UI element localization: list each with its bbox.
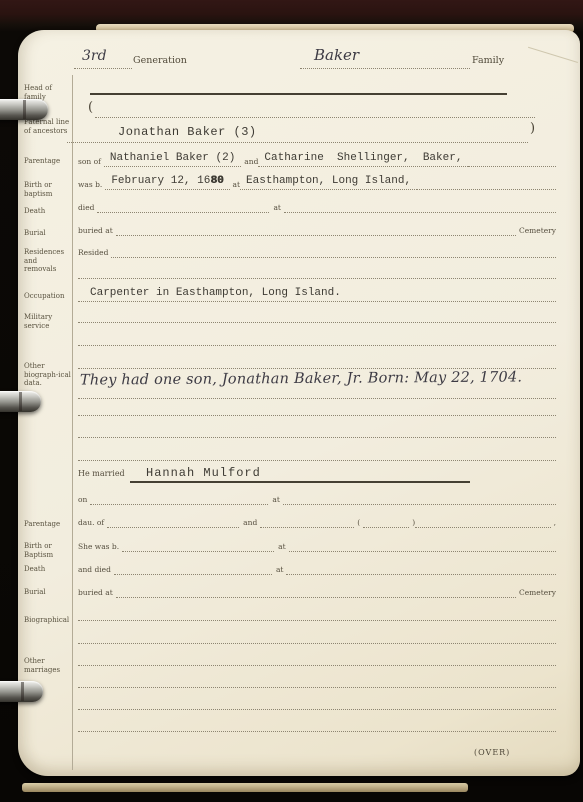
birth-place-entry: Easthampton, Long Island, (240, 175, 417, 190)
blank-line (363, 510, 409, 528)
died-label: died (78, 203, 97, 213)
blank-line (97, 195, 269, 213)
margin-label-residences: Residences and removals (24, 248, 71, 274)
head-of-family-line (90, 93, 507, 95)
blank-line (114, 557, 272, 575)
open-paren: ( (88, 100, 93, 115)
margin-label-parentage: Parentage (24, 157, 71, 166)
he-married-label: He married (78, 469, 125, 478)
binder-ring-bottom (0, 681, 43, 702)
buried-at-label: buried at (78, 226, 116, 236)
blank-line (90, 487, 268, 505)
genealogy-form-page: 3rd Generation Baker Family ( Jonathan B… (18, 30, 580, 776)
wife-parentage-row: dau. of and ( ) , (78, 511, 556, 528)
margin-label-occupation: Occupation (24, 292, 71, 301)
blank-line (111, 240, 556, 258)
at-label: at (272, 565, 287, 575)
close-paren: ) (530, 121, 535, 136)
other-marriages-line-4 (78, 731, 556, 732)
trailing-comma: , (551, 518, 556, 528)
margin-label-parentage-2: Parentage (24, 520, 71, 529)
blank-line (116, 580, 516, 598)
marriage-date-row: on at (78, 488, 556, 505)
at-label: at (230, 180, 241, 190)
birth-row: was b. February 12, 1680 at Easthampton,… (78, 173, 556, 190)
mother-name-entry: Catharine Shellinger, Baker, (258, 152, 468, 167)
residence-blank-line (78, 278, 556, 279)
blank-line (116, 218, 516, 236)
biographical-line-2 (78, 643, 556, 644)
she-was-b-label: She was b. (78, 542, 122, 552)
margin-label-burial: Burial (24, 229, 71, 238)
burial-row: buried at Cemetery (78, 219, 556, 236)
bio-line-3 (78, 415, 556, 416)
bio-line-2 (78, 398, 556, 399)
wife-name-entry: Hannah Mulford (146, 466, 261, 480)
generation-label: Generation (133, 55, 187, 66)
margin-label-birth-or-baptism: Birth or baptism (24, 181, 71, 198)
bio-line-4 (78, 437, 556, 438)
he-married-line (130, 481, 470, 483)
paren-line (95, 117, 535, 118)
family-underline (300, 68, 470, 69)
margin-label-paternal-line: Paternal line of ancestors (24, 118, 71, 135)
generation-value-handwritten: 3rd (82, 48, 107, 64)
page-edge-bottom (22, 783, 468, 792)
other-marriages-line-3 (78, 709, 556, 710)
page-corner-crease (528, 47, 578, 63)
margin-label-other-biographical: Other biograph-ical data. (24, 362, 71, 388)
was-b-label: was b. (78, 180, 105, 190)
military-line-2 (78, 345, 556, 346)
margin-label-other-marriages: Other marriages (24, 657, 71, 674)
son-of-label: son of (78, 157, 104, 167)
head-of-family-name: Jonathan Baker (3) (118, 125, 257, 139)
blank-line (289, 534, 556, 552)
biographical-line-1 (78, 620, 556, 621)
occupation-entry: Carpenter in Easthampton, Long Island. (78, 287, 556, 302)
margin-label-military-service: Military service (24, 313, 71, 330)
occupation-row: Carpenter in Easthampton, Long Island. (78, 285, 556, 302)
blank-line (417, 172, 556, 190)
margin-label-birth-or-baptism-2: Birth or Baptism (24, 542, 71, 559)
other-marriages-line-2 (78, 687, 556, 688)
wife-death-row: and died at (78, 558, 556, 575)
blank-line (286, 557, 556, 575)
margin-label-death-2: Death (24, 565, 71, 574)
buried-at-label: buried at (78, 588, 116, 598)
margin-label-burial-2: Burial (24, 588, 71, 597)
margin-label-biographical: Biographical (24, 616, 71, 625)
overstruck-digits: 80 (210, 175, 223, 187)
blank-line (107, 510, 239, 528)
at-label: at (274, 542, 289, 552)
margin-divider-rule (72, 75, 73, 770)
on-label: on (78, 495, 90, 505)
residence-row: Resided (78, 241, 556, 258)
open-paren: ( (354, 518, 363, 528)
over-label: (OVER) (474, 748, 510, 757)
resided-label: Resided (78, 248, 111, 258)
blank-line (122, 534, 274, 552)
birth-date-entry: February 12, 1680 (105, 175, 229, 190)
blank-line (468, 149, 556, 167)
and-died-label: and died (78, 565, 114, 575)
generation-underline (74, 68, 132, 69)
family-label: Family (472, 55, 504, 66)
name-line (67, 142, 528, 143)
and-label: and (239, 518, 260, 528)
family-value-handwritten: Baker (314, 46, 359, 64)
and-label: and (241, 157, 258, 167)
wife-burial-row: buried at Cemetery (78, 581, 556, 598)
cemetery-label: Cemetery (516, 588, 556, 598)
wife-birth-row: She was b. at (78, 535, 556, 552)
binder-background: 3rd Generation Baker Family ( Jonathan B… (0, 0, 583, 802)
at-label: at (268, 495, 283, 505)
father-name-entry: Nathaniel Baker (2) (104, 152, 241, 167)
margin-label-death: Death (24, 207, 71, 216)
death-row: died at (78, 196, 556, 213)
other-marriages-line-1 (78, 665, 556, 666)
dau-of-label: dau. of (78, 518, 107, 528)
biographical-note-handwritten: They had one son, Jonathan Baker, Jr. Bo… (80, 369, 522, 388)
binder-ring-middle (0, 391, 41, 412)
military-line-1 (78, 322, 556, 323)
blank-line (283, 487, 556, 505)
blank-line (415, 510, 550, 528)
parentage-row: son of Nathaniel Baker (2) and Catharine… (78, 150, 556, 167)
binder-ring-top (0, 99, 48, 120)
blank-line (284, 195, 556, 213)
cemetery-label: Cemetery (516, 226, 556, 236)
bio-line-5 (78, 460, 556, 461)
blank-line (260, 510, 354, 528)
at-label: at (269, 203, 284, 213)
